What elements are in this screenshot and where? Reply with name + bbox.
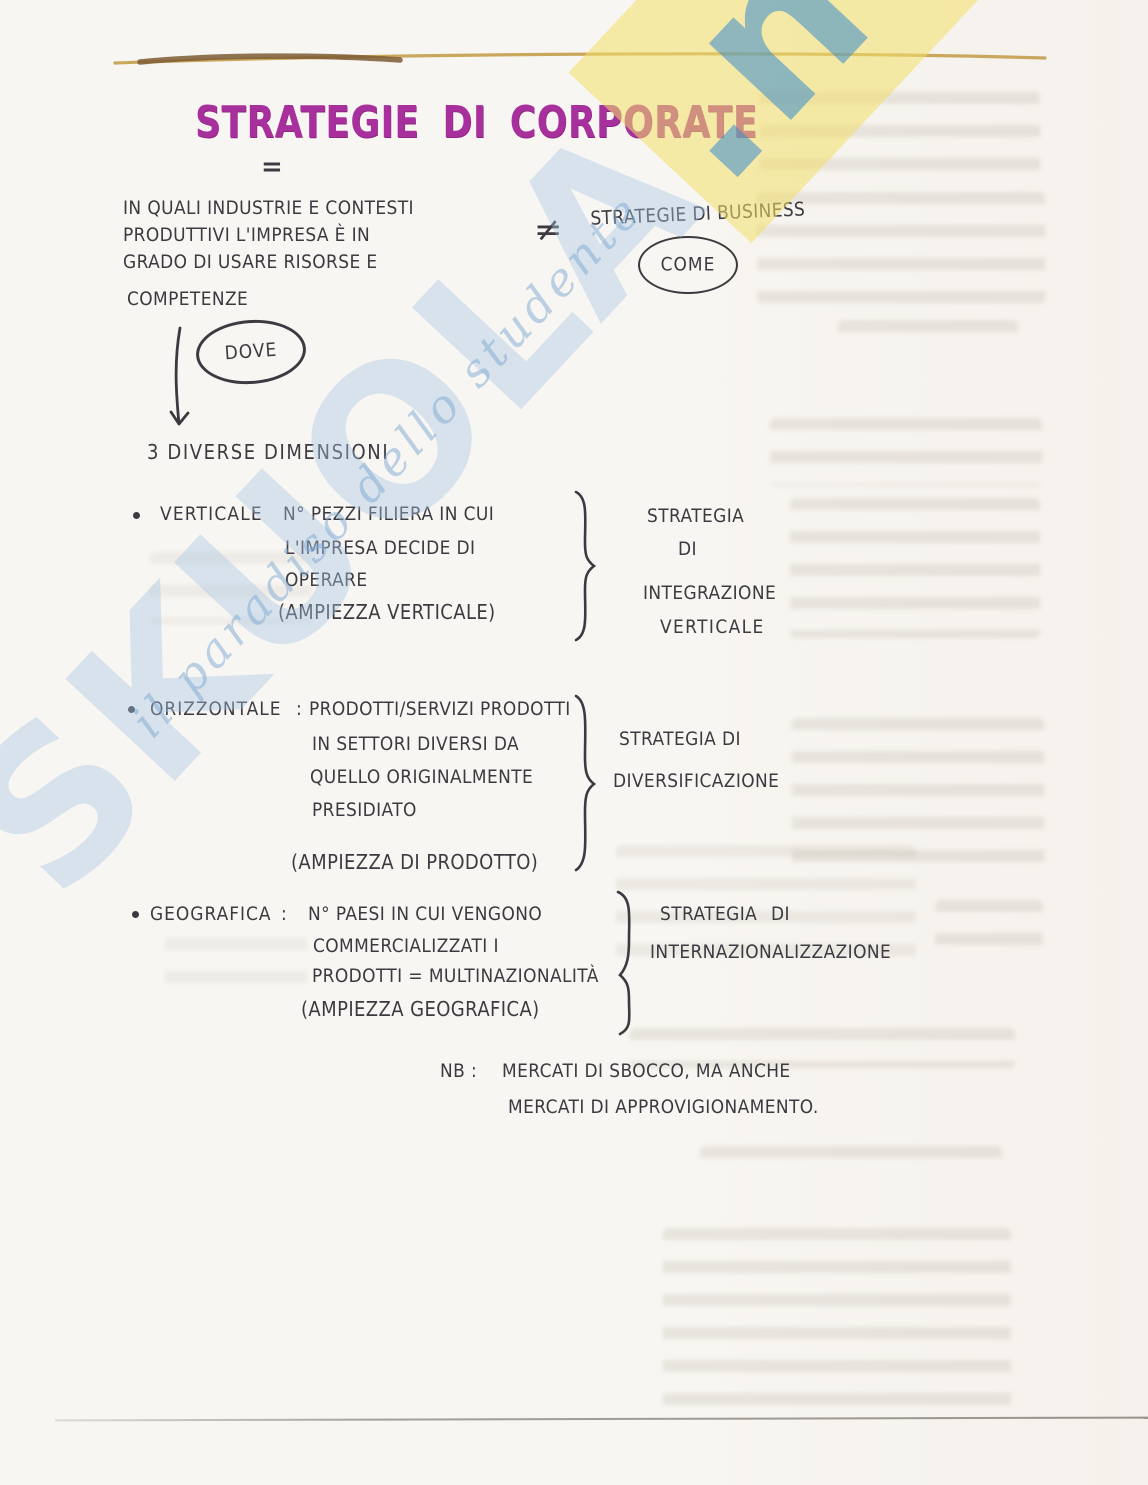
dimension-definition-line: L'IMPRESA DECIDE DI xyxy=(285,537,475,559)
nb-label: NB : xyxy=(440,1060,477,1082)
strategy-line: VERTICALE xyxy=(660,616,765,638)
definition-line: COMPETENZE xyxy=(127,288,248,310)
bleed-through-smudge xyxy=(790,498,1040,638)
dimension-definition-line: OPERARE xyxy=(285,569,367,591)
dimension-bullet xyxy=(132,911,139,918)
dimension-definition-line: N° PEZZI FILIERA IN CUI xyxy=(283,503,494,525)
dimension-parenthetical: (AMPIEZZA DI PRODOTTO) xyxy=(291,851,538,875)
dimension-parenthetical: (AMPIEZZA GEOGRAFICA) xyxy=(301,998,540,1022)
bleed-through-smudge xyxy=(838,320,1018,348)
dimension-definition-line: COMMERCIALIZZATI I xyxy=(313,935,499,957)
definition-line: PRODUTTIVI L'IMPRESA È IN xyxy=(123,224,370,246)
curly-brace xyxy=(572,694,598,872)
dimension-colon: : xyxy=(251,503,257,525)
scanned-notes-page: STRATEGIE DI CORPORATE = IN QUALI INDUST… xyxy=(0,0,1148,1485)
dimension-definition-line: N° PAESI IN CUI VENGONO xyxy=(308,903,542,925)
come-circle: COME xyxy=(638,236,738,294)
dimension-label-verticale: VERTICALE xyxy=(160,503,263,525)
dimension-definition-line: IN SETTORI DIVERSI DA xyxy=(312,733,519,755)
dimension-bullet xyxy=(133,512,140,519)
definition-line: GRADO DI USARE RISORSE E xyxy=(123,251,378,273)
dimension-bullet xyxy=(128,706,135,713)
page-top-edge xyxy=(100,48,1060,74)
bleed-through-smudge xyxy=(760,92,1040,180)
strategy-line: STRATEGIA DI xyxy=(619,728,741,750)
dove-label: DOVE xyxy=(224,339,278,365)
dimension-definition-line: PRESIDIATO xyxy=(312,799,417,821)
bleed-through-smudge xyxy=(165,938,307,996)
strategy-line: DIVERSIFICAZIONE xyxy=(613,770,779,792)
curly-brace xyxy=(572,490,598,642)
dimension-parenthetical: (AMPIEZZA VERTICALE) xyxy=(278,601,496,625)
dove-circle: DOVE xyxy=(194,316,308,388)
bleed-through-smudge xyxy=(770,418,1042,486)
page-title: STRATEGIE DI CORPORATE xyxy=(195,98,758,148)
strategy-line: INTERNAZIONALIZZAZIONE xyxy=(650,941,891,963)
bleed-through-smudge xyxy=(935,900,1043,962)
equals-symbol: = xyxy=(261,152,283,182)
strategy-line: STRATEGIA DI xyxy=(660,903,790,925)
curly-brace xyxy=(612,890,642,1036)
strategy-line: STRATEGIA xyxy=(647,505,744,527)
dimension-definition-line: QUELLO ORIGINALMENTE xyxy=(310,766,533,788)
definition-line: IN QUALI INDUSTRIE E CONTESTI xyxy=(123,197,414,219)
dimension-label-orizzontale: ORIZZONTALE xyxy=(150,698,282,720)
nb-line: MERCATI DI SBOCCO, MA ANCHE xyxy=(502,1060,791,1082)
dimension-label-geografica: GEOGRAFICA xyxy=(150,903,272,925)
dimension-colon: : xyxy=(296,698,302,720)
dimension-colon: : xyxy=(281,903,287,925)
down-arrow xyxy=(164,326,200,438)
bleed-through-smudge xyxy=(663,1228,1011,1420)
come-label: COME xyxy=(661,254,716,276)
bleed-through-smudge xyxy=(700,1146,1002,1178)
dimension-definition-line: PRODOTTI/SERVIZI PRODOTTI xyxy=(309,698,571,720)
strategy-line: INTEGRAZIONE xyxy=(643,582,776,604)
dimension-definition-line: PRODOTTI = MULTINAZIONALITÀ xyxy=(312,965,599,987)
strategy-line: DI xyxy=(678,538,697,560)
dimensions-heading: 3 DIVERSE DIMENSIONI xyxy=(147,441,389,465)
nb-line: MERCATI DI APPROVIGIONAMENTO. xyxy=(508,1096,819,1118)
not-equal-symbol: ≠ xyxy=(534,210,563,250)
